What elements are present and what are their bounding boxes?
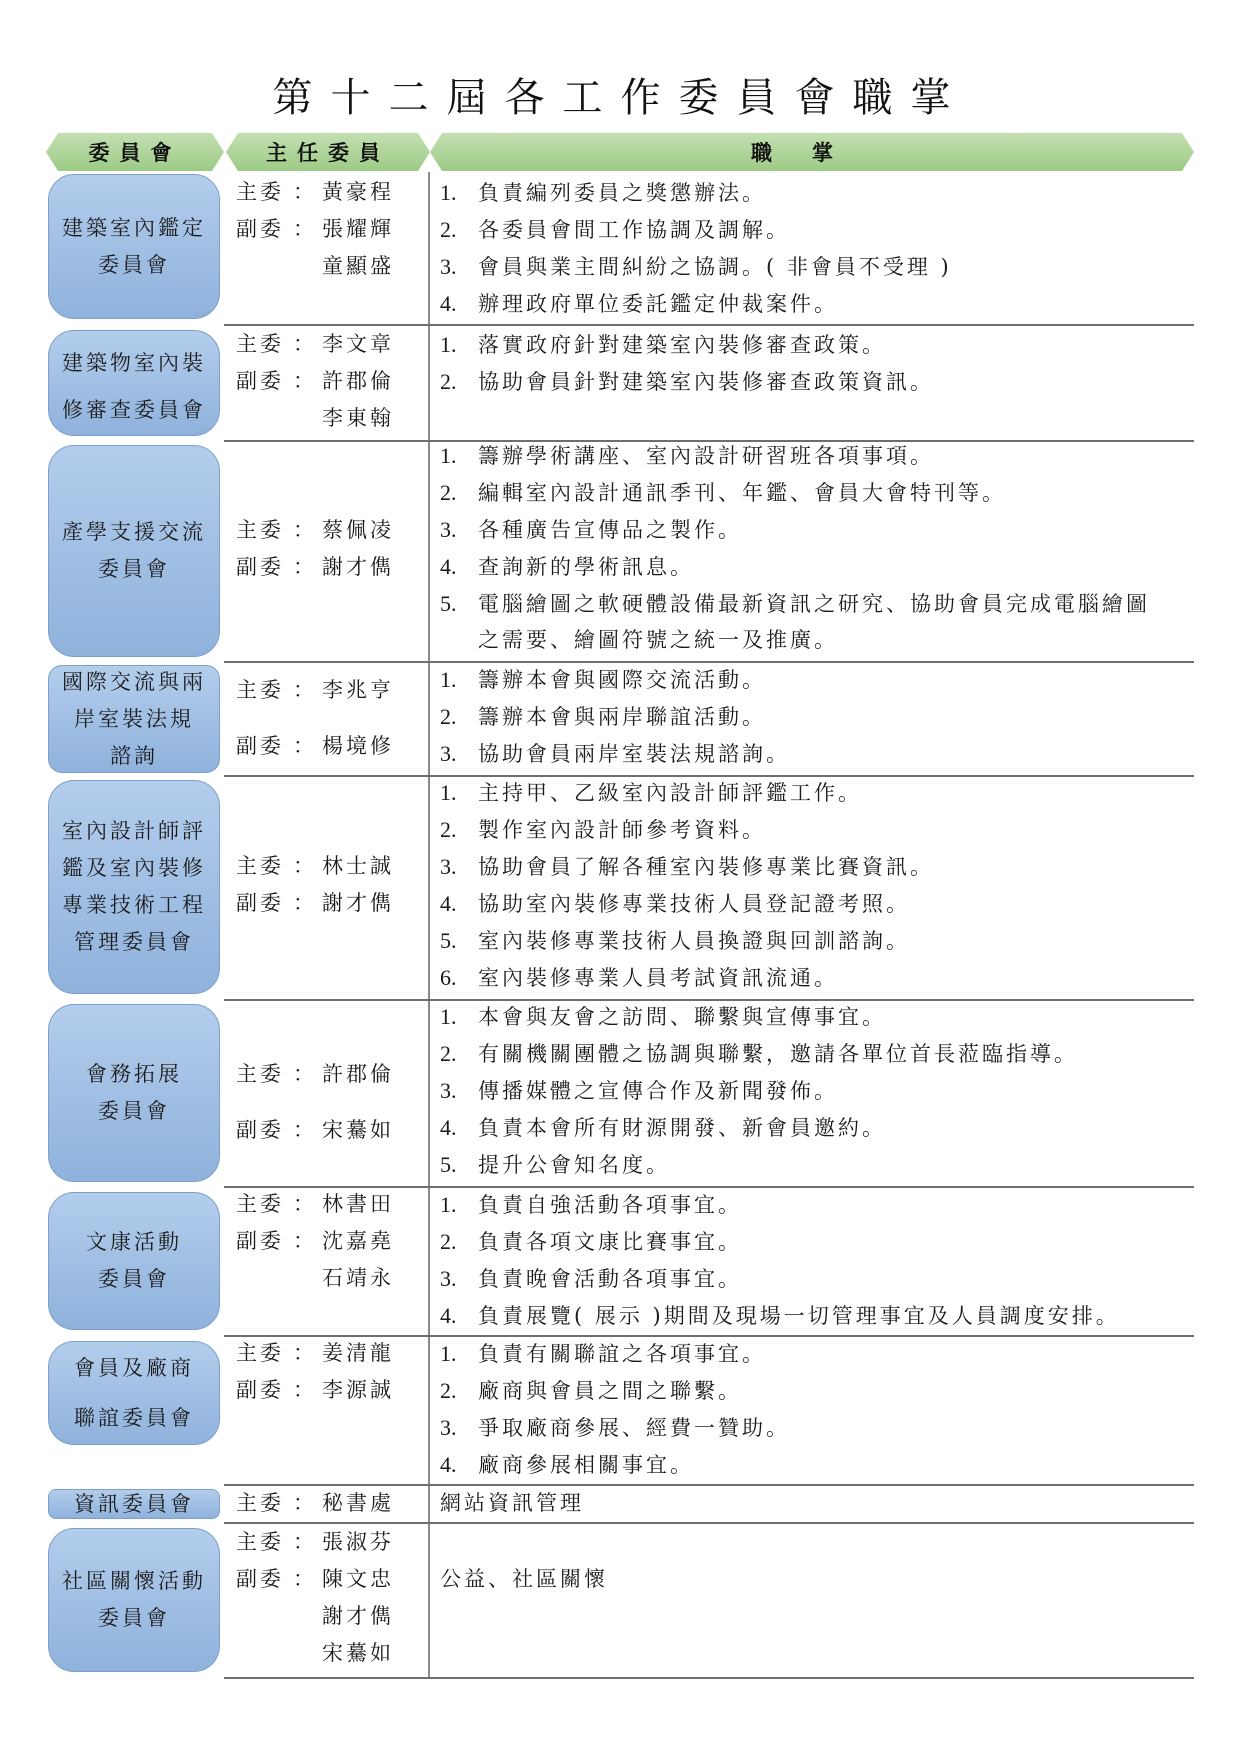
duty-number: 5. — [440, 1146, 478, 1183]
duty-number: 1. — [440, 661, 478, 698]
chief-label: 主委 — [236, 1485, 288, 1522]
header-duties-label: 職掌 — [751, 137, 873, 167]
duty-number: 1. — [440, 774, 478, 811]
duty-item: 負責自強活動各項事宜。 — [478, 1187, 742, 1224]
duty-item: 協助會員兩岸室裝法規諮詢。 — [478, 736, 790, 773]
duty-item: 主持甲、乙級室內設計師評鑑工作。 — [478, 775, 862, 812]
duty-item: 有關機關團體之協調與聯繫，邀請各單位首長蒞臨指導。 — [478, 1036, 1078, 1073]
chief-name: 蔡佩凌 — [322, 512, 394, 549]
duty-number: 3. — [440, 1260, 478, 1297]
duty-number: 2. — [440, 363, 478, 400]
duty-number: 4. — [440, 1297, 478, 1334]
duty-item: 公益、社區關懷 — [440, 1561, 608, 1598]
committee-name-line: 鑑及室內裝修 — [62, 850, 206, 887]
deputy-name: 沈嘉堯 — [322, 1223, 394, 1260]
chief-name: 許郡倫 — [322, 1056, 394, 1093]
header-committee-label: 委員會 — [89, 137, 182, 167]
duty-item: 各委員會間工作協調及調解。 — [478, 212, 790, 249]
colon: ： — [288, 728, 322, 765]
header-chair: 主任委員 — [226, 133, 430, 171]
deputy-name: 石靖永 — [322, 1260, 394, 1297]
chief-name: 姜清龍 — [322, 1335, 394, 1372]
deputy-label: 副委 — [236, 1372, 288, 1409]
duty-number: 3. — [440, 1072, 478, 1109]
committee-name-line: 建築室內鑑定 — [62, 210, 206, 247]
colon: ： — [288, 211, 322, 248]
duty-number: 2. — [440, 1223, 478, 1260]
duty-number: 3. — [440, 248, 478, 285]
deputy-name: 童顯盛 — [322, 248, 394, 285]
colon: ： — [288, 848, 322, 885]
committee-name-line: 諮詢 — [110, 738, 158, 775]
row-divider — [224, 1677, 1194, 1679]
duty-item: 負責晚會活動各項事宜。 — [478, 1261, 742, 1298]
duty-number: 4. — [440, 1109, 478, 1146]
duty-number: 1. — [440, 326, 478, 363]
colon: ： — [288, 1112, 322, 1149]
deputy-name: 李源誠 — [322, 1372, 394, 1409]
duty-number: 6. — [440, 959, 478, 996]
duty-item: 協助會員針對建築室內裝修審查政策資訊。 — [478, 364, 934, 401]
duty-number: 1. — [440, 998, 478, 1035]
duty-item: 辦理政府單位委託鑑定仲裁案件。 — [478, 286, 838, 323]
duty-number: 1. — [440, 1335, 478, 1372]
committee-name-line: 修審查委員會 — [62, 390, 206, 430]
deputy-label: 副委 — [236, 1561, 288, 1598]
duty-number: 3. — [440, 1409, 478, 1446]
committee-name-line: 委員會 — [98, 551, 170, 588]
page-title: 第十二屆各工作委員會職掌 — [0, 66, 1241, 123]
chief-label: 主委 — [236, 512, 288, 549]
duty-number: 5. — [440, 922, 478, 959]
committee-box: 建築物室內裝 修審查委員會 — [48, 330, 220, 436]
committee-name-line: 委員會 — [98, 1600, 170, 1637]
duty-item: 電腦繪圖之軟硬體設備最新資訊之研究、協助會員完成電腦繪圖 — [478, 586, 1150, 623]
deputy-name: 楊境修 — [322, 728, 394, 765]
header-chair-label: 主任委員 — [266, 137, 390, 167]
committee-name-line: 文康活動 — [86, 1224, 182, 1261]
duty-item: 籌辦本會與兩岸聯誼活動。 — [478, 699, 766, 736]
duty-item: 室內裝修專業技術人員換證與回訓諮詢。 — [478, 923, 910, 960]
committee-name-line: 室內設計師評 — [62, 813, 206, 850]
colon: ： — [288, 512, 322, 549]
deputy-label: 副委 — [236, 1112, 288, 1149]
duty-number: 3. — [440, 735, 478, 772]
committee-box: 文康活動 委員會 — [48, 1192, 220, 1330]
deputy-label: 副委 — [236, 1223, 288, 1260]
committee-box: 產學支援交流 委員會 — [48, 445, 220, 657]
committee-box: 會務拓展 委員會 — [48, 1004, 220, 1182]
duty-number: 4. — [440, 548, 478, 585]
deputy-name: 謝才儁 — [322, 885, 394, 922]
duty-number: 1. — [440, 1186, 478, 1223]
colon: ： — [288, 363, 322, 400]
chief-label: 主委 — [236, 174, 288, 211]
colon: ： — [288, 1372, 322, 1409]
header-duties: 職掌 — [430, 133, 1194, 171]
chief-label: 主委 — [236, 1524, 288, 1561]
chief-label: 主委 — [236, 848, 288, 885]
colon: ： — [288, 1335, 322, 1372]
chief-name: 林書田 — [322, 1186, 394, 1223]
chief-label: 主委 — [236, 672, 288, 709]
duty-item: 爭取廠商參展、經費一贊助。 — [478, 1410, 790, 1447]
chief-name: 張淑芬 — [322, 1524, 394, 1561]
chief-name: 李文章 — [322, 326, 394, 363]
duty-number: 2. — [440, 474, 478, 511]
duty-number: 1. — [440, 174, 478, 211]
colon: ： — [288, 1223, 322, 1260]
duty-item: 協助室內裝修專業技術人員登記證考照。 — [478, 886, 910, 923]
committee-box: 資訊委員會 — [48, 1489, 220, 1519]
committee-name-line: 產學支援交流 — [62, 514, 206, 551]
committee-name-line: 岸室裝法規 — [74, 701, 194, 738]
committee-name-line: 委員會 — [98, 1261, 170, 1298]
duty-item: 編輯室內設計通訊季刊、年鑑、會員大會特刊等。 — [478, 475, 1006, 512]
deputy-name: 許郡倫 — [322, 363, 394, 400]
committee-name-line: 聯誼委員會 — [74, 1393, 194, 1443]
deputy-label: 副委 — [236, 885, 288, 922]
chief-name: 林士誠 — [322, 848, 394, 885]
duty-number: 2. — [440, 211, 478, 248]
duty-item-continuation: 之需要、繪圖符號之統一及推廣。 — [478, 622, 838, 659]
deputy-name: 李東翰 — [322, 400, 394, 437]
deputy-name: 張耀輝 — [322, 211, 394, 248]
duty-item: 傳播媒體之宣傳合作及新聞發佈。 — [478, 1073, 838, 1110]
duty-item: 籌辦學術講座、室內設計研習班各項事項。 — [478, 438, 934, 475]
colon: ： — [288, 1524, 322, 1561]
committee-name-line: 管理委員會 — [74, 924, 194, 961]
deputy-name: 謝才儁 — [322, 1598, 394, 1635]
deputy-label: 副委 — [236, 211, 288, 248]
duty-number: 2. — [440, 811, 478, 848]
colon: ： — [288, 1186, 322, 1223]
duty-item: 負責本會所有財源開發、新會員邀約。 — [478, 1110, 886, 1147]
committee-box: 社區關懷活動 委員會 — [48, 1528, 220, 1672]
committee-name-line: 專業技術工程 — [62, 887, 206, 924]
duty-item: 各種廣告宣傳品之製作。 — [478, 512, 742, 549]
duty-number: 4. — [440, 1446, 478, 1483]
committee-box: 會員及廠商 聯誼委員會 — [48, 1341, 220, 1445]
colon: ： — [288, 672, 322, 709]
colon: ： — [288, 174, 322, 211]
committee-name-line: 委員會 — [98, 1093, 170, 1130]
colon: ： — [288, 549, 322, 586]
duty-item: 落實政府針對建築室內裝修審查政策。 — [478, 327, 886, 364]
duty-number: 3. — [440, 848, 478, 885]
deputy-name: 宋驀如 — [322, 1112, 394, 1149]
colon: ： — [288, 1056, 322, 1093]
duty-item: 負責各項文康比賽事宜。 — [478, 1224, 742, 1261]
committee-name-line: 會員及廠商 — [74, 1343, 194, 1393]
duty-item: 網站資訊管理 — [440, 1485, 584, 1522]
committee-box: 建築室內鑑定 委員會 — [48, 174, 220, 319]
chief-label: 主委 — [236, 1335, 288, 1372]
deputy-name: 陳文忠 — [322, 1561, 394, 1598]
committee-name-line: 國際交流與兩 — [62, 664, 206, 701]
chief-label: 主委 — [236, 1186, 288, 1223]
duty-item: 廠商參展相關事宜。 — [478, 1447, 694, 1484]
chief-name: 秘書處 — [322, 1485, 394, 1522]
duty-item: 籌辦本會與國際交流活動。 — [478, 662, 766, 699]
chief-name: 黃豪程 — [322, 174, 394, 211]
duty-item: 製作室內設計師參考資料。 — [478, 812, 766, 849]
committee-name-line: 建築物室內裝 — [62, 336, 206, 390]
deputy-name: 宋驀如 — [322, 1635, 394, 1672]
deputy-label: 副委 — [236, 549, 288, 586]
duty-number: 2. — [440, 698, 478, 735]
committee-name-line: 資訊委員會 — [74, 1489, 194, 1519]
duty-item: 會員與業主間糾紛之協調。( 非會員不受理 ) — [478, 249, 952, 286]
duty-number: 3. — [440, 511, 478, 548]
duty-number: 1. — [440, 437, 478, 474]
committee-name-line: 會務拓展 — [86, 1056, 182, 1093]
column-divider — [428, 172, 430, 1677]
chief-name: 李兆亨 — [322, 672, 394, 709]
duty-item: 負責展覽( 展示 )期間及現場一切管理事宜及人員調度安排。 — [478, 1298, 1120, 1335]
chief-label: 主委 — [236, 1056, 288, 1093]
committee-box: 室內設計師評 鑑及室內裝修 專業技術工程 管理委員會 — [48, 780, 220, 994]
deputy-label: 副委 — [236, 363, 288, 400]
duty-item: 負責編列委員之獎懲辦法。 — [478, 175, 766, 212]
committee-name-line: 委員會 — [98, 247, 170, 284]
duty-item: 協助會員了解各種室內裝修專業比賽資訊。 — [478, 849, 934, 886]
duty-item: 負責有關聯誼之各項事宜。 — [478, 1336, 766, 1373]
deputy-name: 謝才儁 — [322, 549, 394, 586]
colon: ： — [288, 1561, 322, 1598]
duty-item: 提升公會知名度。 — [478, 1147, 670, 1184]
committee-box: 國際交流與兩 岸室裝法規 諮詢 — [48, 665, 220, 773]
colon: ： — [288, 885, 322, 922]
duty-item: 廠商與會員之間之聯繫。 — [478, 1373, 742, 1410]
deputy-label: 副委 — [236, 728, 288, 765]
header-committee: 委員會 — [46, 133, 224, 171]
duty-number: 5. — [440, 585, 478, 622]
duty-item: 室內裝修專業人員考試資訊流通。 — [478, 960, 838, 997]
colon: ： — [288, 326, 322, 363]
duty-number: 2. — [440, 1372, 478, 1409]
chief-label: 主委 — [236, 326, 288, 363]
duty-number: 4. — [440, 285, 478, 322]
duty-number: 4. — [440, 885, 478, 922]
duty-item: 本會與友會之訪問、聯繫與宣傳事宜。 — [478, 999, 886, 1036]
duty-number: 2. — [440, 1035, 478, 1072]
duty-item: 查詢新的學術訊息。 — [478, 549, 694, 586]
colon: ： — [288, 1485, 322, 1522]
committee-name-line: 社區關懷活動 — [62, 1563, 206, 1600]
